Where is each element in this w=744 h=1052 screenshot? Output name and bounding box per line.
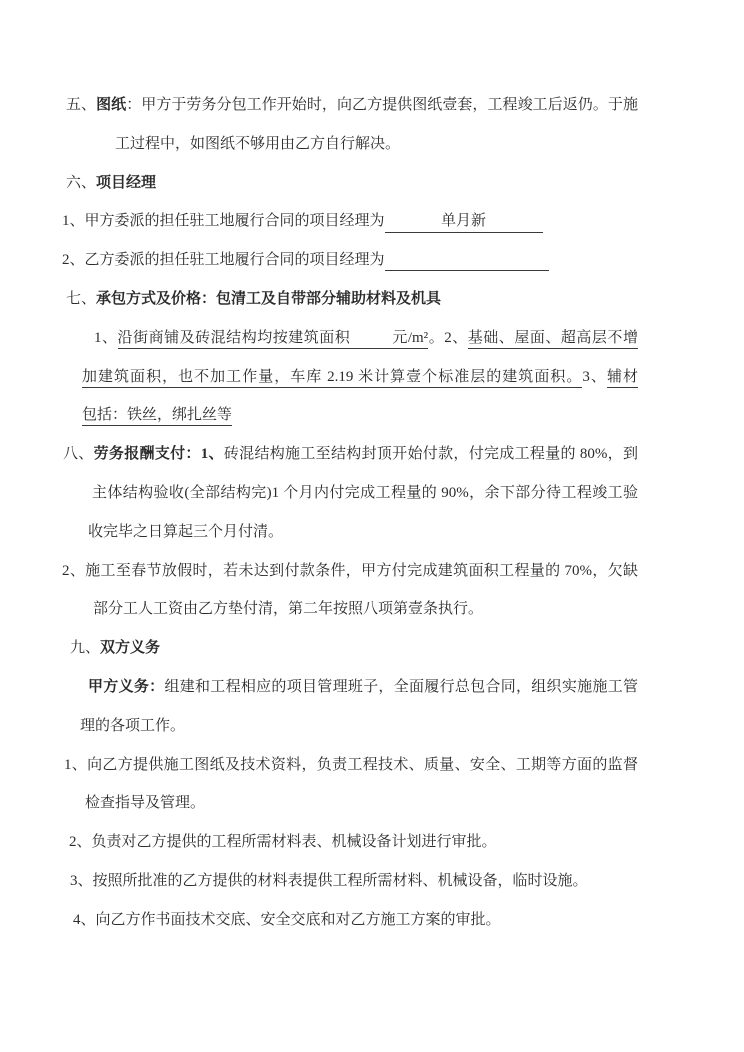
clause-7-item-line-2: 加建筑面积，也不加工作量，车库 2.19 米计算壹个标准层的建筑面积。3、辅材 (82, 358, 638, 397)
text-run: 2、乙方委派的担任驻工地履行合同的项目经理为 (62, 252, 385, 268)
clause-number: 五、 (66, 97, 96, 113)
clause-number: 八、 (63, 446, 94, 462)
text-run: 检查指导及管理。 (85, 795, 205, 811)
underlined-text: 元/m² (392, 330, 428, 349)
party-b-manager-line: 2、乙方委派的担任驻工地履行合同的项目经理为 (62, 241, 744, 280)
party-a-obligations-line-1: 甲方义务：组建和工程相应的项目管理班子，全面履行总包合同，组织实施施工管 (88, 668, 638, 707)
text-run: 1、向乙方提供施工图纸及技术资料，负责工程技术、质量、安全、工期等方面的监督 (64, 757, 638, 773)
party-b-manager-blank-field (385, 252, 549, 271)
text-run: 主体结构验收(全部结构完)1 个月内付完成工程量的 90%，余下部分待工程竣工验 (92, 485, 638, 501)
clause-6-heading-line: 六、项目经理 (66, 164, 744, 203)
item-number: 3、 (582, 369, 607, 385)
unit-price-blank-field (350, 330, 392, 349)
clause-7-heading-line: 七、承包方式及价格：包清工及自带部分辅助材料及机具 (66, 280, 744, 319)
clause-title: 劳务报酬支付：1、 (94, 446, 224, 462)
clause-number: 七、 (66, 291, 96, 307)
text-run: 理的各项工作。 (80, 718, 185, 734)
text-run: 2、负责对乙方提供的工程所需材料表、机械设备计划进行审批。 (69, 834, 497, 850)
obligation-item-2-line: 2、负责对乙方提供的工程所需材料表、机械设备计划进行审批。 (69, 823, 744, 862)
underlined-text: 包括：铁丝，绑扎丝等 (82, 407, 232, 426)
clause-number: 九、 (70, 640, 100, 656)
text-run: 收完毕之日算起三个月付清。 (88, 524, 283, 540)
clause-title: 图纸 (96, 97, 126, 113)
party-a-manager-line: 1、甲方委派的担任驻工地履行合同的项目经理为单月新 (62, 202, 744, 241)
obligation-item-1-line-1: 1、向乙方提供施工图纸及技术资料，负责工程技术、质量、安全、工期等方面的监督 (64, 746, 638, 785)
clause-number: 六、 (66, 175, 96, 191)
underlined-text: 沿街商铺及砖混结构均按建筑面积 (118, 330, 351, 349)
party-a-manager-field: 单月新 (385, 211, 543, 233)
text-run: 砖混结构施工至结构封顶开始付款，付完成工程量的 80%，到 (224, 446, 638, 462)
clause-8-payment-line-2: 主体结构验收(全部结构完)1 个月内付完成工程量的 90%，余下部分待工程竣工验 (92, 474, 638, 513)
text-run: 2、施工至春节放假时，若未达到付款条件，甲方付完成建筑面积工程量的 70%，欠缺 (62, 563, 638, 579)
clause-5-drawings-line-2: 工过程中，如图纸不够用由乙方自行解决。 (115, 125, 744, 164)
clause-5-drawings-line-1: 五、图纸：甲方于劳务分包工作开始时，向乙方提供图纸壹套，工程竣工后返仍。于施 (66, 86, 638, 125)
clause-8-item-2-line-2: 部分工人工资由乙方垫付清，第二年按照八项第壹条执行。 (93, 590, 744, 629)
clause-7-item-line-1: 1、沿街商铺及砖混结构均按建筑面积元/m²。2、基础、屋面、超高层不增 (94, 319, 638, 358)
text-run: 3、按照所批准的乙方提供的材料表提供工程所需材料、机械设备，临时设施。 (70, 873, 588, 889)
item-number: 。2、 (428, 330, 468, 346)
clause-7-item-line-3: 包括：铁丝，绑扎丝等 (82, 396, 744, 435)
obligation-title: 甲方义务： (88, 679, 164, 695)
text-run: 工过程中，如图纸不够用由乙方自行解决。 (115, 136, 400, 152)
clause-title: 项目经理 (96, 175, 156, 191)
obligation-item-1-line-2: 检查指导及管理。 (85, 784, 744, 823)
obligation-item-4-line: 4、向乙方作书面技术交底、安全交底和对乙方施工方案的审批。 (73, 901, 744, 940)
text-run: ：甲方于劳务分包工作开始时，向乙方提供图纸壹套，工程竣工后返仍。于施 (126, 97, 638, 113)
clause-8-payment-line-3: 收完毕之日算起三个月付清。 (88, 513, 744, 552)
item-number: 1、 (94, 330, 118, 346)
party-a-obligations-line-2: 理的各项工作。 (80, 707, 744, 746)
contract-document-page: 五、图纸：甲方于劳务分包工作开始时，向乙方提供图纸壹套，工程竣工后返仍。于施 工… (0, 0, 744, 1052)
clause-8-item-2-line-1: 2、施工至春节放假时，若未达到付款条件，甲方付完成建筑面积工程量的 70%，欠缺 (62, 552, 638, 591)
clause-title: 双方义务 (100, 640, 160, 656)
underlined-text: 基础、屋面、超高层不增 (468, 330, 638, 349)
text-run: 组建和工程相应的项目管理班子，全面履行总包合同，组织实施施工管 (164, 679, 638, 695)
text-run: 部分工人工资由乙方垫付清，第二年按照八项第壹条执行。 (93, 601, 483, 617)
clause-title: 承包方式及价格：包清工及自带部分辅助材料及机具 (96, 291, 441, 307)
obligation-item-3-line: 3、按照所批准的乙方提供的材料表提供工程所需材料、机械设备，临时设施。 (70, 862, 744, 901)
clause-8-payment-line-1: 八、劳务报酬支付：1、砖混结构施工至结构封顶开始付款，付完成工程量的 80%，到 (63, 435, 638, 474)
clause-9-heading-line: 九、双方义务 (70, 629, 744, 668)
text-run: 4、向乙方作书面技术交底、安全交底和对乙方施工方案的审批。 (73, 912, 501, 928)
underlined-text: 辅材 (607, 369, 638, 388)
text-run: 1、甲方委派的担任驻工地履行合同的项目经理为 (62, 213, 385, 229)
underlined-text: 加建筑面积，也不加工作量，车库 2.19 米计算壹个标准层的建筑面积。 (82, 369, 582, 388)
